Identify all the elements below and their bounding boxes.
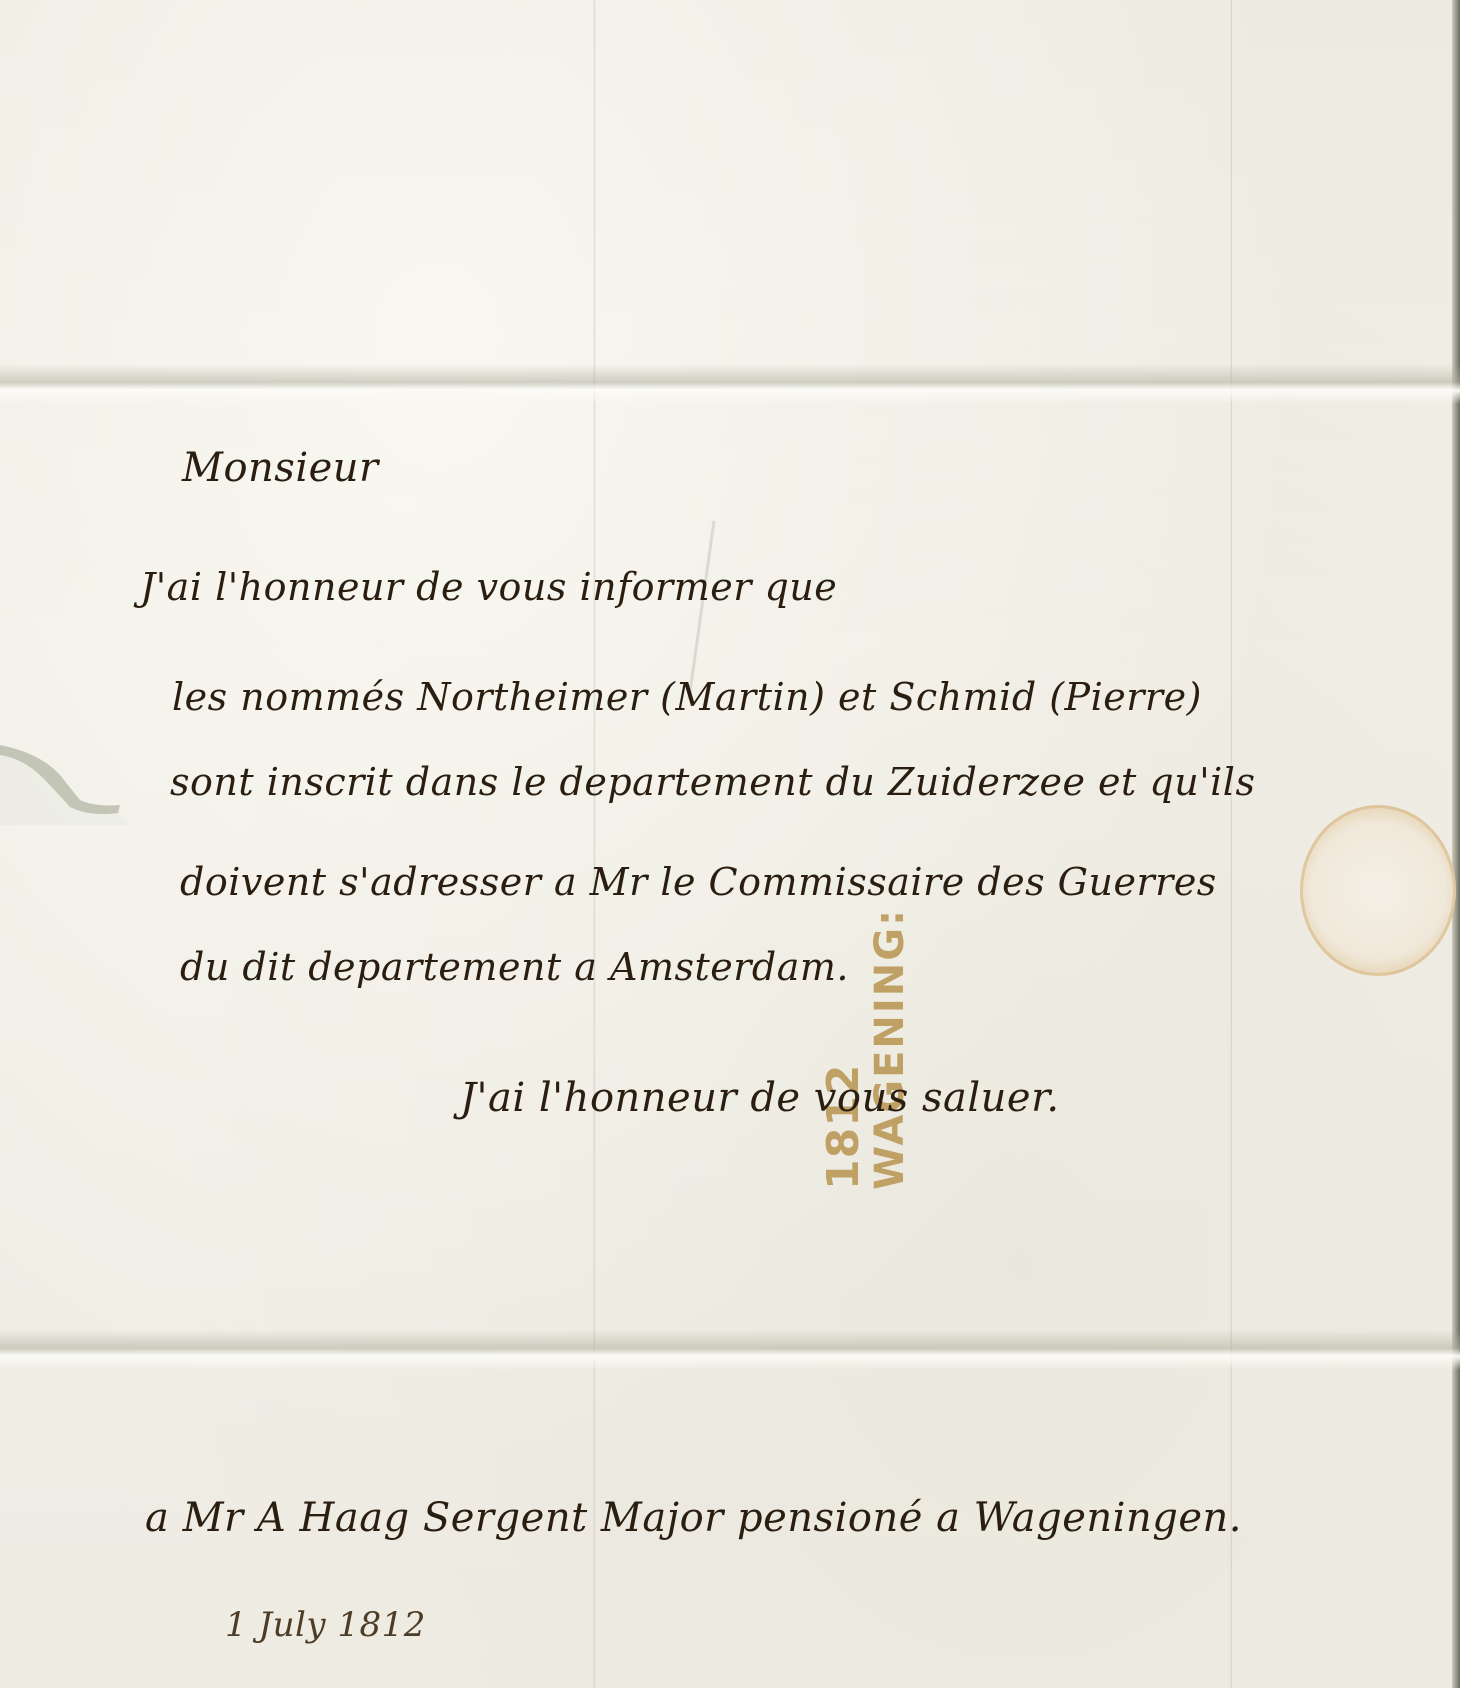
- wax-seal-remnant: [1300, 805, 1456, 976]
- horizontal-fold-bottom: [0, 1330, 1460, 1356]
- scan-edge: [1452, 0, 1460, 1688]
- horizontal-fold-top: [0, 364, 1460, 390]
- vertical-fold-crease: [1230, 0, 1233, 1688]
- salutation: Monsieur: [182, 445, 379, 491]
- faint-pencil-mark: [687, 521, 715, 700]
- paper-tear: [0, 745, 140, 825]
- letter-paper: WAGENING: 1812 Monsieur J'ai l'honneur d…: [0, 0, 1460, 1688]
- closing-line: J'ai l'honneur de vous saluer.: [460, 1075, 1060, 1121]
- body-line: sont inscrit dans le departement du Zuid…: [170, 760, 1255, 804]
- fold-highlight: [0, 1356, 1460, 1370]
- body-line: les nommés Northeimer (Martin) et Schmid…: [172, 675, 1202, 719]
- body-line: J'ai l'honneur de vous informer que: [140, 565, 837, 609]
- date-note: 1 July 1812: [225, 1605, 426, 1645]
- body-line: doivent s'adresser a Mr le Commissaire d…: [180, 860, 1217, 904]
- vertical-fold-crease: [593, 0, 596, 1688]
- recipient-address: a Mr A Haag Sergent Major pensioné a Wag…: [145, 1495, 1242, 1541]
- body-line: du dit departement a Amsterdam.: [180, 945, 849, 989]
- fold-highlight: [0, 390, 1460, 404]
